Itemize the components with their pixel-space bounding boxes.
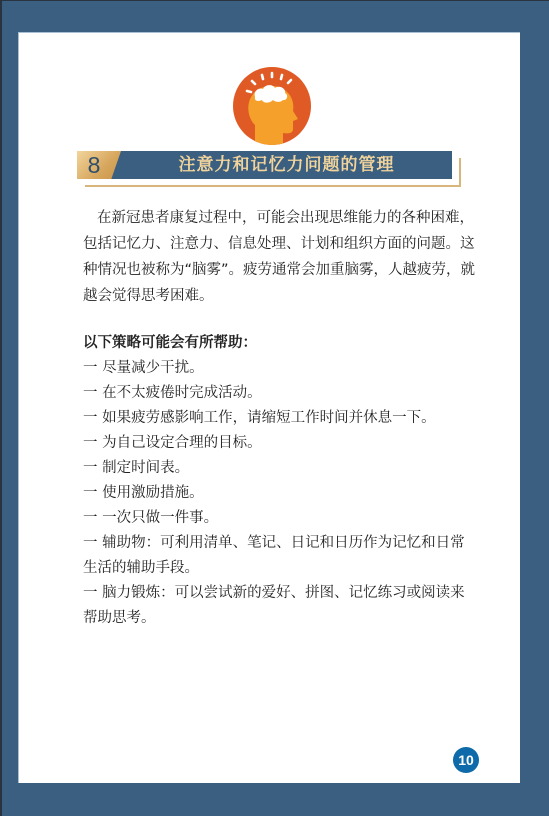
page-number-badge: 10 [453, 747, 479, 773]
intro-paragraph: 在新冠患者康复过程中，可能会出现思维能力的各种困难，包括记忆力、注意力、信息处理… [83, 205, 476, 309]
head-brain-icon [233, 67, 311, 145]
list-item: 一 如果疲劳感影响工作，请缩短工作时间并休息一下。 [83, 406, 476, 431]
list-item: 一 为自己设定合理的目标。 [83, 431, 476, 456]
list-item: 一 制定时间表。 [83, 456, 476, 481]
list-item: 一 一次只做一件事。 [83, 506, 476, 531]
list-item: 一 使用激励措施。 [83, 481, 476, 506]
top-edge [0, 0, 549, 1]
banner-bar: 8 注意力和记忆力问题的管理 [77, 151, 452, 179]
section-title: 注意力和记忆力问题的管理 [121, 151, 452, 179]
list-item: 一 在不太疲倦时完成活动。 [83, 381, 476, 406]
list-item: 一 辅助物：可利用清单、笔记、日记和日历作为记忆和日常生活的辅助手段。 [83, 531, 476, 581]
strategies-list: 一 尽量减少干扰。 一 在不太疲倦时完成活动。 一 如果疲劳感影响工作，请缩短工… [83, 356, 476, 631]
list-item: 一 脑力锻炼：可以尝试新的爱好、拼图、记忆练习或阅读来帮助思考。 [83, 581, 476, 631]
strategies-heading: 以下策略可能会有所帮助： [83, 330, 257, 356]
list-item: 一 尽量减少干扰。 [83, 356, 476, 381]
section-number: 8 [77, 151, 111, 179]
section-banner: 8 注意力和记忆力问题的管理 [77, 151, 460, 187]
intro-text: 在新冠患者康复过程中，可能会出现思维能力的各种困难，包括记忆力、注意力、信息处理… [83, 205, 476, 309]
left-edge [0, 0, 2, 816]
